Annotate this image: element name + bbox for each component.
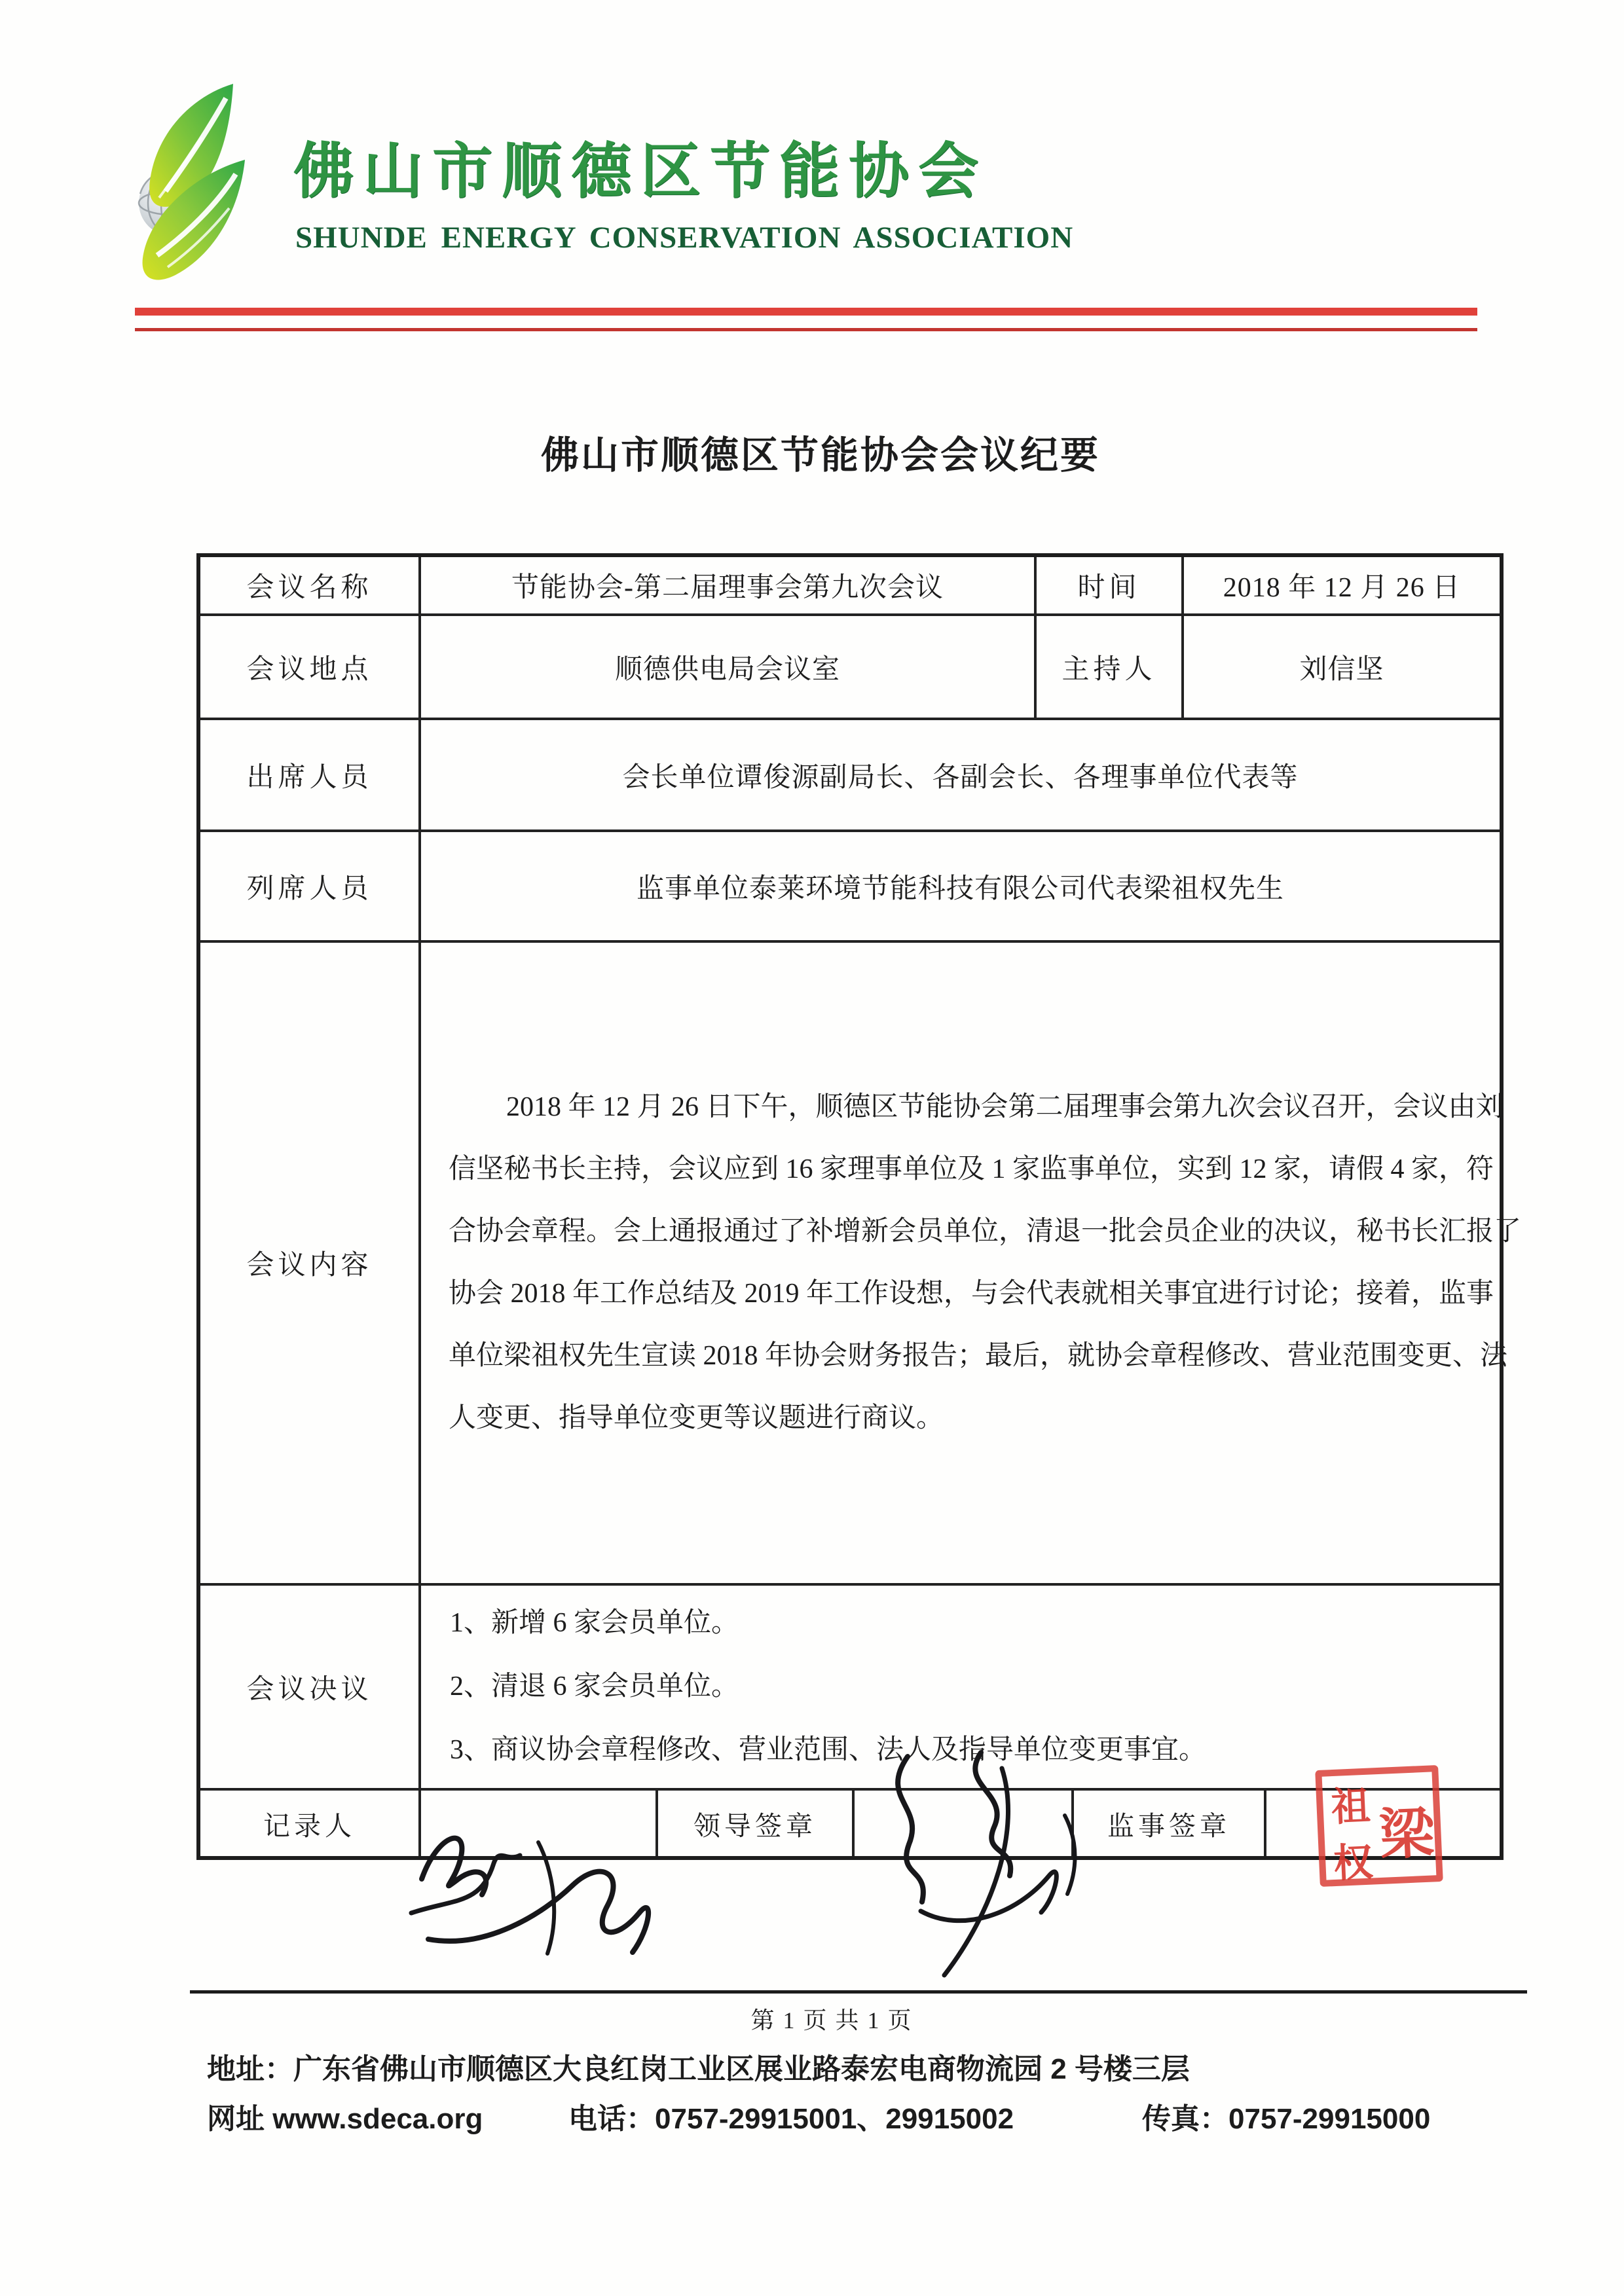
footer-divider xyxy=(190,1990,1527,1994)
attendees-value: 会长单位谭俊源副局长、各副会长、各理事单位代表等 xyxy=(420,719,1502,831)
text-line: 2018 年 12 月 26 日下午，顺德区节能协会第二届理事会第九次会议召开，… xyxy=(449,1076,1477,1139)
time-label: 时间 xyxy=(1035,555,1183,615)
page-number: 第 1 页 共 1 页 xyxy=(0,2002,1624,2035)
text-line: 人变更、指导单位变更等议题进行商议。 xyxy=(449,1387,1477,1449)
content-cell: 2018 年 12 月 26 日下午，顺德区节能协会第二届理事会第九次会议召开，… xyxy=(420,941,1502,1584)
table-row: 会议名称 节能协会-第二届理事会第九次会议 时间 2018 年 12 月 26 … xyxy=(198,555,1502,615)
meeting-place-value: 顺德供电局会议室 xyxy=(420,615,1035,719)
text-line: 合协会章程。会上通报通过了补增新会员单位，清退一批会员企业的决议，秘书长汇报了 xyxy=(449,1201,1477,1263)
supervisor-seal-stamp: 祖 梁 权 xyxy=(1315,1765,1443,1887)
stamp-character: 梁 xyxy=(1377,1772,1437,1887)
website-url: www.sdeca.org xyxy=(272,2103,483,2135)
stamp-character: 权 xyxy=(1324,1831,1382,1889)
resolution-cell: 1、新增 6 家会员单位。2、清退 6 家会员单位。3、商议协会章程修改、营业范… xyxy=(420,1584,1502,1789)
meeting-name-value: 节能协会-第二届理事会第九次会议 xyxy=(420,555,1035,615)
content-label: 会议内容 xyxy=(198,941,420,1584)
org-name-chinese: 佛山市顺德区节能协会 xyxy=(293,139,987,204)
table-row: 会议决议 1、新增 6 家会员单位。2、清退 6 家会员单位。3、商议协会章程修… xyxy=(198,1584,1502,1789)
text-line: 1、新增 6 家会员单位。 xyxy=(450,1592,1500,1655)
meeting-place-label: 会议地点 xyxy=(198,615,420,719)
footer-fax: 传真：0757-29915000 xyxy=(1142,2095,1430,2137)
host-label: 主持人 xyxy=(1035,615,1183,719)
meeting-content-paragraph: 2018 年 12 月 26 日下午，顺德区节能协会第二届理事会第九次会议召开，… xyxy=(421,1076,1500,1449)
text-line: 协会 2018 年工作总结及 2019 年工作设想，与会代表就相关事宜进行讨论；… xyxy=(449,1263,1477,1325)
leader-signature-cell xyxy=(853,1789,1073,1858)
table-row: 出席人员 会长单位谭俊源副局长、各副会长、各理事单位代表等 xyxy=(198,719,1502,831)
text-line: 信坚秘书长主持，会议应到 16 家理事单位及 1 家监事单位，实到 12 家，请… xyxy=(449,1139,1477,1201)
footer-phone: 电话：0757-29915001、29915002 xyxy=(568,2095,1014,2137)
meeting-resolutions-list: 1、新增 6 家会员单位。2、清退 6 家会员单位。3、商议协会章程修改、营业范… xyxy=(421,1592,1500,1782)
supervisor-signature-label: 监事签章 xyxy=(1073,1789,1265,1858)
letterhead-rule-thin xyxy=(135,328,1477,331)
footer-address: 地址：广东省佛山市顺德区大良红岗工业区展业路泰宏电商物流园 2 号楼三层 xyxy=(207,2045,1190,2087)
footer-website: 网址 www.sdeca.org xyxy=(207,2095,483,2137)
host-value: 刘信坚 xyxy=(1183,615,1502,719)
leader-signature-label: 领导签章 xyxy=(657,1789,853,1858)
website-label: 网址 xyxy=(207,2103,265,2135)
table-row signature-row: 记录人 领导签章 监事签章 xyxy=(198,1789,1502,1858)
recorder-signature-cell xyxy=(420,1789,657,1858)
attendees-label: 出席人员 xyxy=(198,719,420,831)
recorder-label: 记录人 xyxy=(198,1789,420,1858)
stamp-character: 祖 xyxy=(1322,1774,1380,1833)
observers-label: 列席人员 xyxy=(198,831,420,941)
document-title: 佛山市顺德区节能协会会议纪要 xyxy=(0,424,1624,479)
table-row: 列席人员 监事单位泰莱环境节能科技有限公司代表梁祖权先生 xyxy=(198,831,1502,941)
leaf-globe-logo-icon xyxy=(130,82,251,283)
observers-value: 监事单位泰莱环境节能科技有限公司代表梁祖权先生 xyxy=(420,831,1502,941)
text-line: 单位梁祖权先生宣读 2018 年协会财务报告；最后，就协会章程修改、营业范围变更… xyxy=(449,1325,1477,1387)
resolution-label: 会议决议 xyxy=(198,1584,420,1789)
scanned-meeting-minutes-page: 佛山市顺德区节能协会 SHUNDE ENERGY CONSERVATION AS… xyxy=(0,0,1624,2296)
meeting-minutes-table: 会议名称 节能协会-第二届理事会第九次会议 时间 2018 年 12 月 26 … xyxy=(196,553,1504,1860)
org-name-english: SHUNDE ENERGY CONSERVATION ASSOCIATION xyxy=(295,220,1073,255)
text-line: 2、清退 6 家会员单位。 xyxy=(450,1655,1500,1719)
letterhead-rule-thick xyxy=(135,308,1477,316)
table-row: 会议地点 顺德供电局会议室 主持人 刘信坚 xyxy=(198,615,1502,719)
meeting-name-label: 会议名称 xyxy=(198,555,420,615)
time-value: 2018 年 12 月 26 日 xyxy=(1183,555,1502,615)
table-row: 会议内容 2018 年 12 月 26 日下午，顺德区节能协会第二届理事会第九次… xyxy=(198,941,1502,1584)
